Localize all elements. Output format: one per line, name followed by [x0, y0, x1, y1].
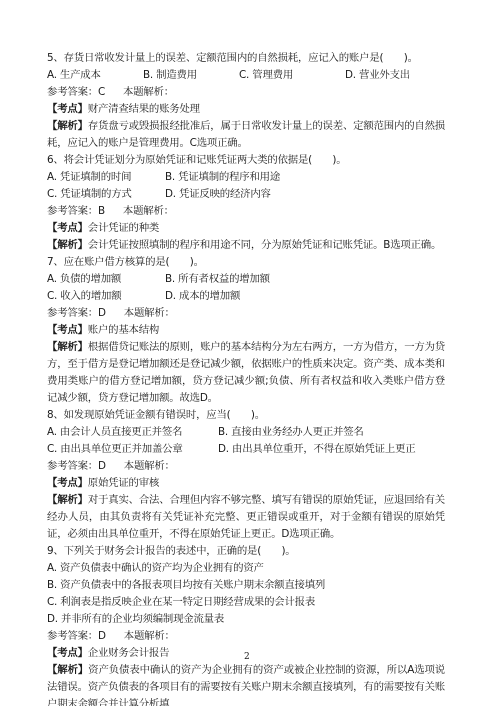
option-a: A. 由会计人员直接更正并签名: [47, 424, 218, 441]
question-7-options-row2: C. 收入的增加额 D. 成本的增加额: [47, 288, 447, 305]
option-a: A. 生产成本: [47, 67, 143, 84]
question-7-options-row1: A. 负债的增加额 B. 所有者权益的增加额: [47, 271, 447, 288]
question-9-answer: 参考答案：D本题解析：: [47, 628, 447, 645]
question-7-answer: 参考答案：D本题解析：: [47, 305, 447, 322]
question-8-answer: 参考答案：D本题解析：: [47, 458, 447, 475]
option-b: B. 制造费用: [143, 67, 239, 84]
kaodian-tag: 【考点】: [47, 477, 88, 489]
analysis-label: 本题解析：: [124, 307, 175, 319]
kaodian-tag: 【考点】: [47, 103, 88, 115]
answer-label: 参考答案：C: [47, 86, 105, 98]
analysis-label: 本题解析：: [124, 630, 175, 642]
question-8-kaodian: 【考点】原始凭证的审核: [47, 475, 447, 492]
analysis-label: 本题解析：: [123, 205, 174, 217]
question-9-stem: 9、下列关于财务会计报告的表述中，正确的是( )。: [47, 543, 447, 560]
kaodian-text: 账户的基本结构: [88, 324, 159, 336]
option-b: B. 所有者权益的增加额: [165, 271, 270, 288]
option-c: C. 由出具单位更正并加盖公章: [47, 441, 218, 458]
question-8-jiexi: 【解析】对于真实、合法、合理但内容不够完整、填写有错误的原始凭证，应退回给有关经…: [47, 492, 445, 543]
option-d: D. 凭证反映的经济内容: [165, 186, 271, 203]
option-c: C. 利润表是指反映企业在某一特定日期经营成果的会计报表: [47, 594, 447, 611]
question-8-options-row1: A. 由会计人员直接更正并签名 B. 直接由业务经办人更正并签名: [47, 424, 447, 441]
option-c: C. 凭证填制的方式: [47, 186, 165, 203]
kaodian-tag: 【考点】: [47, 222, 88, 234]
jiexi-text: 资产负债表中确认的资产为企业拥有的资产或被企业控制的资源，所以A选项说法错误。资…: [47, 664, 445, 706]
answer-label: 参考答案：D: [47, 630, 106, 642]
question-6-jiexi: 【解析】会计凭证按照填制的程序和用途不同，分为原始凭证和记账凭证。B选项正确。: [47, 237, 445, 254]
jiexi-text: 存货盘亏或毁损报经批准后，属于日常收发计量上的误差、定额范围内的自然损耗，应记入…: [47, 120, 445, 149]
question-6-kaodian: 【考点】会计凭证的种类: [47, 220, 447, 237]
question-7-kaodian: 【考点】账户的基本结构: [47, 322, 447, 339]
jiexi-text: 对于真实、合法、合理但内容不够完整、填写有错误的原始凭证，应退回给有关经办人员，…: [47, 494, 445, 540]
question-5-answer: 参考答案：C本题解析：: [47, 84, 447, 101]
question-6-options-row1: A. 凭证填制的时间 B. 凭证填制的程序和用途: [47, 169, 447, 186]
kaodian-tag: 【考点】: [47, 647, 88, 659]
question-8-stem: 8、如发现原始凭证金额有错误时，应当( )。: [47, 407, 447, 424]
option-d: D. 由出具单位重开，不得在原始凭证上更正: [218, 441, 415, 458]
option-c: C. 收入的增加额: [47, 288, 165, 305]
option-d: D. 并非所有的企业均须编制现金流量表: [47, 611, 447, 628]
question-9-jiexi: 【解析】资产负债表中确认的资产为企业拥有的资产或被企业控制的资源，所以A选项说法…: [47, 662, 445, 706]
option-b: B. 资产负债表中的各报表项目均按有关账户期末余额直接填列: [47, 577, 447, 594]
option-a: A. 资产负债表中确认的资产均为企业拥有的资产: [47, 560, 447, 577]
jiexi-tag: 【解析】: [47, 120, 88, 132]
question-5-options: A. 生产成本 B. 制造费用 C. 管理费用 D. 营业外支出: [47, 67, 447, 84]
question-5-stem: 5、存货日常收发计量上的误差、定额范围内的自然损耗，应记入的账户是( )。: [47, 50, 447, 67]
question-5-kaodian: 【考点】财产清查结果的账务处理: [47, 101, 447, 118]
kaodian-tag: 【考点】: [47, 324, 88, 336]
analysis-label: 本题解析：: [123, 86, 174, 98]
option-d: D. 成本的增加额: [165, 288, 240, 305]
question-7-stem: 7、应在账户借方核算的是( )。: [47, 254, 447, 271]
kaodian-text: 企业财务会计报告: [88, 647, 170, 659]
kaodian-text: 财产清查结果的账务处理: [88, 103, 200, 115]
question-6-options-row2: C. 凭证填制的方式 D. 凭证反映的经济内容: [47, 186, 447, 203]
jiexi-text: 会计凭证按照填制的程序和用途不同，分为原始凭证和记账凭证。B选项正确。: [88, 239, 441, 251]
answer-label: 参考答案：D: [47, 307, 106, 319]
jiexi-tag: 【解析】: [47, 494, 88, 506]
kaodian-text: 原始凭证的审核: [88, 477, 159, 489]
jiexi-tag: 【解析】: [47, 341, 88, 353]
option-b: B. 直接由业务经办人更正并签名: [218, 424, 364, 441]
answer-label: 参考答案：B: [47, 205, 105, 217]
option-a: A. 负债的增加额: [47, 271, 165, 288]
question-5-jiexi: 【解析】存货盘亏或毁损报经批准后，属于日常收发计量上的误差、定额范围内的自然损耗…: [47, 118, 445, 152]
option-a: A. 凭证填制的时间: [47, 169, 165, 186]
question-7-jiexi: 【解析】根据借贷记账法的原则，账户的基本结构分为左右两方，一方为借方，一方为贷方…: [47, 339, 445, 407]
document-page: 5、存货日常收发计量上的误差、定额范围内的自然损耗，应记入的账户是( )。 A.…: [47, 50, 447, 706]
kaodian-text: 会计凭证的种类: [88, 222, 159, 234]
option-d: D. 营业外支出: [345, 67, 410, 84]
page-number: 2: [244, 652, 250, 662]
question-6-answer: 参考答案：B本题解析：: [47, 203, 447, 220]
jiexi-tag: 【解析】: [47, 664, 88, 676]
question-8-options-row2: C. 由出具单位更正并加盖公章 D. 由出具单位重开，不得在原始凭证上更正: [47, 441, 447, 458]
question-6-stem: 6、将会计凭证划分为原始凭证和记账凭证两大类的依据是( )。: [47, 152, 447, 169]
option-b: B. 凭证填制的程序和用途: [165, 169, 280, 186]
jiexi-text: 根据借贷记账法的原则，账户的基本结构分为左右两方，一方为借方，一方为贷方，至于借…: [47, 341, 445, 404]
analysis-label: 本题解析：: [124, 460, 175, 472]
option-c: C. 管理费用: [239, 67, 345, 84]
answer-label: 参考答案：D: [47, 460, 106, 472]
jiexi-tag: 【解析】: [47, 239, 88, 251]
